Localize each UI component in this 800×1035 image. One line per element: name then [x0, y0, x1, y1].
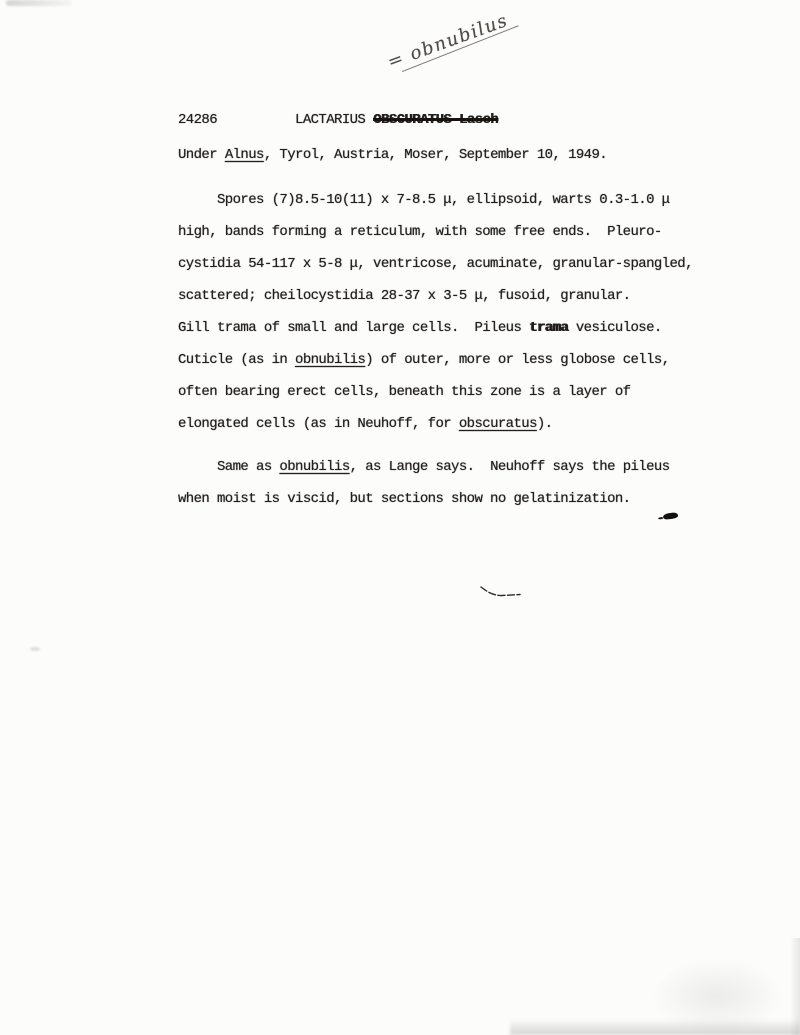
- typed-text: Under: [178, 147, 225, 163]
- typed-text: , Tyrol, Austria, Moser, September 10, 1…: [264, 147, 607, 163]
- underlined-term: obnubilis: [295, 352, 365, 368]
- typed-text: Same as: [178, 459, 279, 475]
- typed-line: Under Alnus, Tyrol, Austria, Moser, Sept…: [178, 139, 693, 171]
- underlined-term: obnubilis: [279, 459, 349, 475]
- struck-text: OBSCURATUS Lasch: [373, 112, 498, 128]
- typed-line: elongated cells (as in Neuhoff, for obsc…: [178, 408, 693, 440]
- typed-text: when moist is viscid, but sections show …: [178, 491, 630, 507]
- typed-line: often bearing erect cells, beneath this …: [178, 376, 693, 408]
- typed-text: , as Lange says. Neuhoff says the pileus: [350, 459, 670, 475]
- typed-text: often bearing erect cells, beneath this …: [178, 384, 630, 400]
- underlined-term: Alnus: [225, 147, 264, 163]
- typed-line: Spores (7)8.5-10(11) x 7-8.5 μ, ellipsoi…: [178, 184, 693, 216]
- scan-shadow-bottom-edge: [510, 1019, 800, 1035]
- typed-text: ) of outer, more or less globose cells,: [365, 352, 669, 368]
- scan-smudge-top-left: [6, 0, 72, 6]
- typed-line: high, bands forming a reticulum, with so…: [178, 216, 693, 248]
- handwritten-annotation: = obnubilus: [385, 10, 511, 73]
- typed-line: when moist is viscid, but sections show …: [178, 483, 693, 515]
- typed-text: high, bands forming a reticulum, with so…: [178, 224, 662, 240]
- typed-text: Gill trama of small and large cells. Pil…: [178, 320, 529, 336]
- typed-line: cystidia 54-117 x 5-8 μ, ventricose, acu…: [178, 248, 693, 280]
- typed-text: vesiculose.: [568, 320, 662, 336]
- typed-text: 24286 LACTARIUS: [178, 112, 373, 128]
- typed-line: Gill trama of small and large cells. Pil…: [178, 312, 693, 344]
- typed-line: 24286 LACTARIUS OBSCURATUS Lasch: [178, 104, 693, 136]
- faint-margin-mark: [30, 647, 40, 651]
- pen-squiggle-mark: [479, 583, 523, 601]
- ink-blot-mark: [663, 512, 679, 520]
- typed-text: Spores (7)8.5-10(11) x 7-8.5 μ, ellipsoi…: [178, 192, 670, 208]
- typed-line: scattered; cheilocystidia 28-37 x 3-5 μ,…: [178, 280, 693, 312]
- typed-text: ).: [537, 416, 553, 432]
- typed-text: elongated cells (as in Neuhoff, for: [178, 416, 459, 432]
- typed-line: Cuticle (as in obnubilis) of outer, more…: [178, 344, 693, 376]
- scan-shadow-right-edge: [790, 938, 800, 1035]
- typed-text: cystidia 54-117 x 5-8 μ, ventricose, acu…: [178, 256, 693, 272]
- overstruck-text: trama: [529, 320, 568, 336]
- typed-text: Cuticle (as in: [178, 352, 295, 368]
- typed-line: Same as obnubilis, as Lange says. Neuhof…: [178, 451, 693, 483]
- typed-text-block: 24286 LACTARIUS OBSCURATUS LaschUnder Al…: [178, 104, 693, 515]
- typed-text: scattered; cheilocystidia 28-37 x 3-5 μ,…: [178, 288, 630, 304]
- scanned-document-page: = obnubilus 24286 LACTARIUS OBSCURATUS L…: [0, 0, 800, 1035]
- underlined-term: obscuratus: [459, 416, 537, 432]
